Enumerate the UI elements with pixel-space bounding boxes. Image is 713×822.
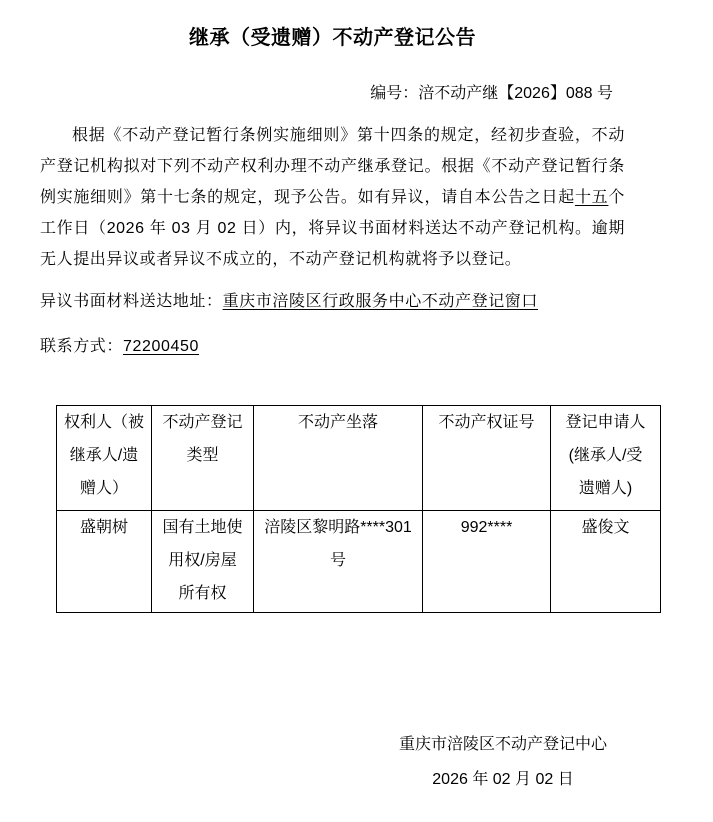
doc-number: 编号：涪不动产继【2026】088 号 [40, 78, 625, 109]
table-header-cell: 权利人（被 继承人/遗 赠人） [57, 406, 152, 511]
table-cell: 涪陵区黎明路****301 号 [254, 511, 423, 613]
address-line: 异议书面材料送达地址：重庆市涪陵区行政服务中心不动产登记窗口 [40, 286, 625, 317]
footer-date: 2026 年 02 月 02 日 [399, 762, 607, 797]
table-header-cell: 不动产登记 类型 [152, 406, 254, 511]
table-cell: 992**** [423, 511, 551, 613]
contact-value: 72200450 [123, 338, 199, 355]
table-header-cell: 不动产坐落 [254, 406, 423, 511]
footer-org: 重庆市涪陵区不动产登记中心 [399, 727, 607, 762]
table-header-cell: 登记申请人 (继承人/受 遗赠人) [551, 406, 661, 511]
page-title: 继承（受遗赠）不动产登记公告 [40, 24, 625, 52]
announcement-table-body: 权利人（被 继承人/遗 赠人）不动产登记 类型不动产坐落不动产权证号登记申请人 … [57, 406, 661, 613]
table-cell: 盛俊文 [551, 511, 661, 613]
table-cell: 盛朝树 [57, 511, 152, 613]
announcement-document: 继承（受遗赠）不动产登记公告 编号：涪不动产继【2026】088 号 根据《不动… [40, 24, 625, 797]
footer-block: 重庆市涪陵区不动产登记中心 2026 年 02 月 02 日 [399, 727, 607, 797]
table-cell: 国有土地使 用权/房屋 所有权 [152, 511, 254, 613]
address-value: 重庆市涪陵区行政服务中心不动产登记窗口 [223, 293, 538, 310]
announcement-table: 权利人（被 继承人/遗 赠人）不动产登记 类型不动产坐落不动产权证号登记申请人 … [56, 405, 661, 613]
table-row: 盛朝树国有土地使 用权/房屋 所有权涪陵区黎明路****301 号992****… [57, 511, 661, 613]
table-row: 权利人（被 继承人/遗 赠人）不动产登记 类型不动产坐落不动产权证号登记申请人 … [57, 406, 661, 511]
address-label: 异议书面材料送达地址： [40, 293, 223, 310]
body-paragraph: 根据《不动产登记暂行条例实施细则》第十四条的规定，经初步查验，不动产登记机构拟对… [40, 120, 625, 275]
table-header-cell: 不动产权证号 [423, 406, 551, 511]
contact-label: 联系方式： [40, 338, 123, 355]
contact-line: 联系方式：72200450 [40, 331, 625, 362]
